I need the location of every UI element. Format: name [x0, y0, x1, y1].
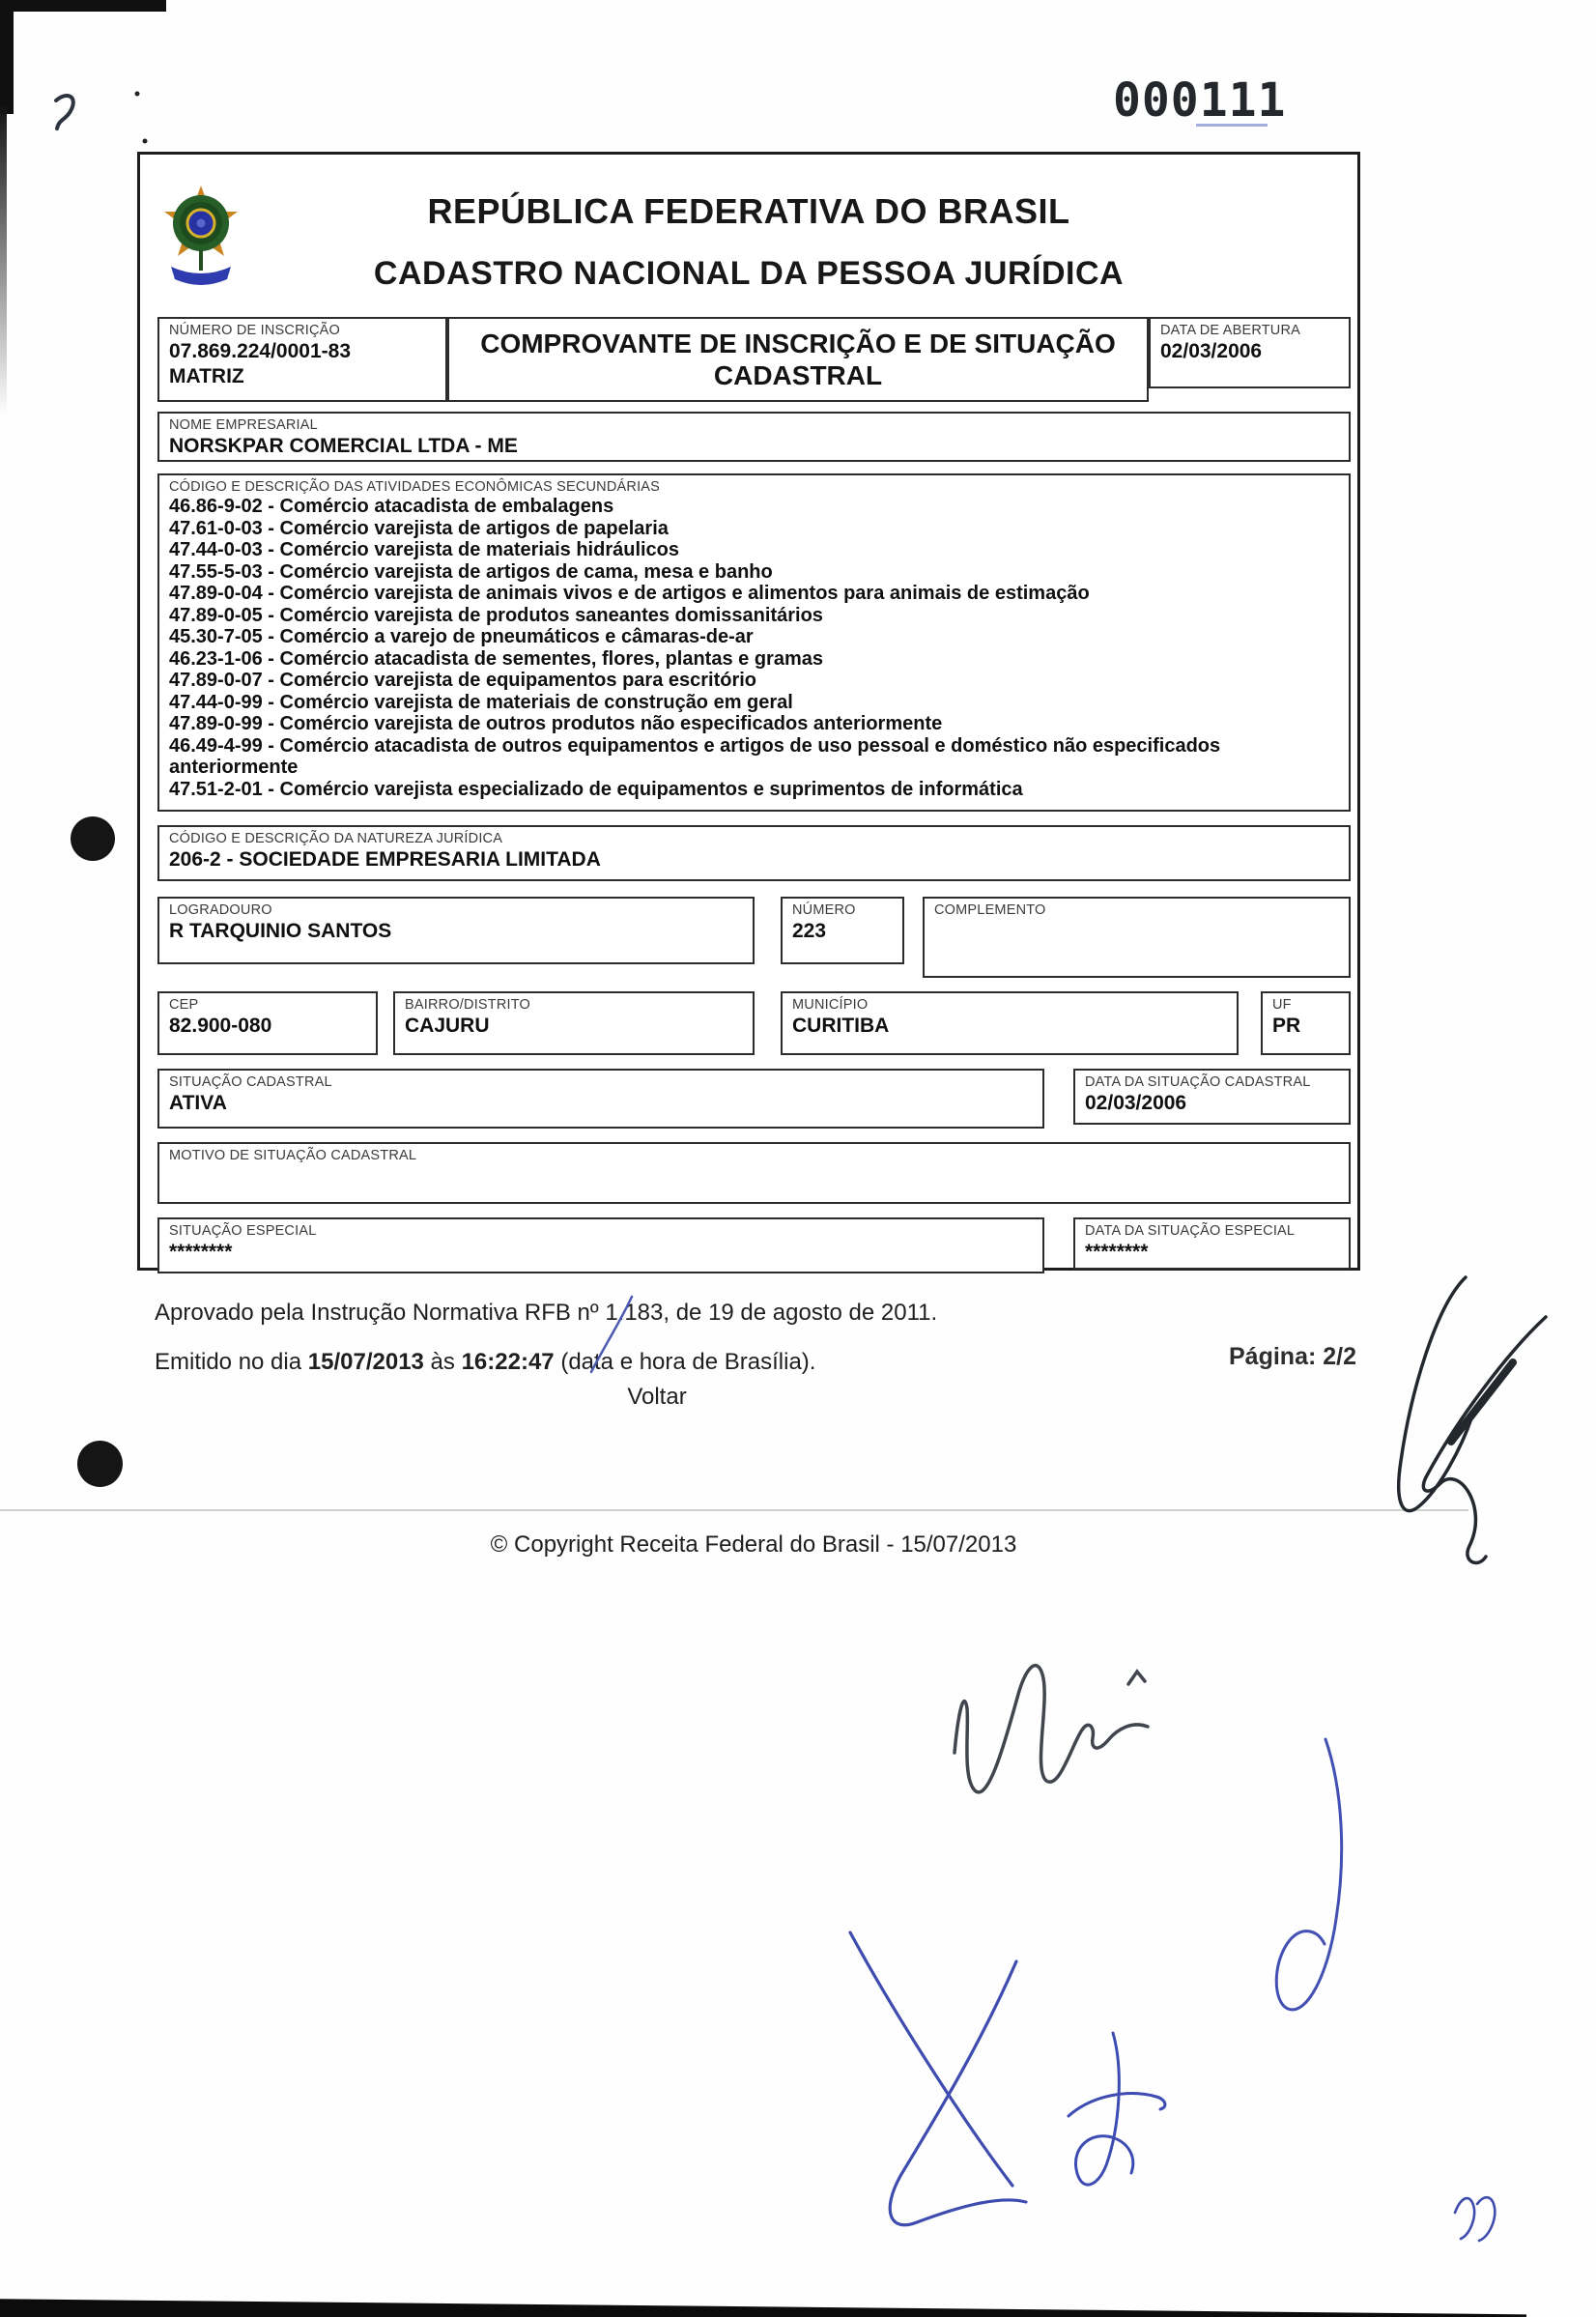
cep-value: 82.900-080	[169, 1014, 368, 1039]
document-title-box: COMPROVANTE DE INSCRIÇÃO E DE SITUAÇÃO C…	[447, 317, 1149, 402]
document-title: COMPROVANTE DE INSCRIÇÃO E DE SITUAÇÃO C…	[459, 328, 1137, 391]
approval-note: Aprovado pela Instrução Normativa RFB nº…	[155, 1300, 937, 1327]
issued-line: Emitido no dia 15/07/2013 às 16:22:47 (d…	[155, 1349, 815, 1376]
street-box: LOGRADOURO R TARQUINIO SANTOS	[157, 897, 755, 964]
activity-line: 47.89-0-04 - Comércio varejista de anima…	[169, 583, 1341, 605]
inscription-number-box: NÚMERO DE INSCRIÇÃO 07.869.224/0001-83 M…	[157, 317, 447, 402]
signature-blue-x	[850, 1932, 1026, 2225]
city-value: CURITIBA	[792, 1014, 1229, 1039]
document-frame: REPÚBLICA FEDERATIVA DO BRASIL CADASTRO …	[137, 152, 1360, 1271]
signature-blue-small	[1455, 2197, 1495, 2241]
hole-punch-dot	[77, 1441, 123, 1487]
opening-date-value: 02/03/2006	[1160, 339, 1341, 364]
street-number-label: NÚMERO	[792, 902, 895, 919]
special-status-label: SITUAÇÃO ESPECIAL	[169, 1223, 1035, 1240]
opening-date-box: DATA DE ABERTURA 02/03/2006	[1149, 317, 1351, 388]
secondary-activities-box: CÓDIGO E DESCRIÇÃO DAS ATIVIDADES ECONÔM…	[157, 473, 1351, 812]
city-box: MUNICÍPIO CURITIBA	[781, 991, 1239, 1055]
scanned-cnpj-document: 000111 REPÚBLICA FEDERATIVA DO BRASIL CA…	[0, 0, 1596, 2317]
company-name-value: NORSKPAR COMERCIAL LTDA - ME	[169, 434, 1341, 459]
registration-status-label: SITUAÇÃO CADASTRAL	[169, 1074, 1035, 1091]
street-value: R TARQUINIO SANTOS	[169, 919, 745, 944]
stray-pen-mark	[56, 96, 73, 129]
issued-prefix: Emitido no dia	[155, 1349, 308, 1375]
company-name-label: NOME EMPRESARIAL	[169, 417, 1341, 434]
inscription-unit-type: MATRIZ	[169, 364, 438, 389]
special-status-box: SITUAÇÃO ESPECIAL ********	[157, 1217, 1044, 1273]
copyright-note: © Copyright Receita Federal do Brasil - …	[0, 1531, 1507, 1559]
registration-status-box: SITUAÇÃO CADASTRAL ATIVA	[157, 1069, 1044, 1129]
page-indicator: Página: 2/2	[1229, 1343, 1356, 1371]
state-label: UF	[1272, 997, 1341, 1014]
activity-line: 46.49-4-99 - Comércio atacadista de outr…	[169, 735, 1341, 779]
district-box: BAIRRO/DISTRITO CAJURU	[393, 991, 755, 1055]
special-status-date-value: ********	[1085, 1240, 1341, 1265]
registry-title: CADASTRO NACIONAL DA PESSOA JURÍDICA	[140, 255, 1357, 293]
legal-nature-box: CÓDIGO E DESCRIÇÃO DA NATUREZA JURÍDICA …	[157, 825, 1351, 881]
district-label: BAIRRO/DISTRITO	[405, 997, 745, 1014]
republic-title: REPÚBLICA FEDERATIVA DO BRASIL	[140, 191, 1357, 232]
scan-edge-top	[0, 0, 166, 12]
special-status-date-label: DATA DA SITUAÇÃO ESPECIAL	[1085, 1223, 1341, 1240]
scan-edge-bottom	[0, 2296, 1526, 2317]
signature-black	[1399, 1277, 1546, 1562]
cep-box: CEP 82.900-080	[157, 991, 378, 1055]
district-value: CAJURU	[405, 1014, 745, 1039]
scan-fold-line	[0, 1509, 1468, 1511]
city-label: MUNICÍPIO	[792, 997, 1229, 1014]
status-reason-box: MOTIVO DE SITUAÇÃO CADASTRAL	[157, 1142, 1351, 1204]
signature-blue-loop	[1069, 2033, 1165, 2185]
company-name-box: NOME EMPRESARIAL NORSKPAR COMERCIAL LTDA…	[157, 412, 1351, 462]
activity-line: 47.61-0-03 - Comércio varejista de artig…	[169, 518, 1341, 540]
legal-nature-value: 206-2 - SOCIEDADE EMPRESARIA LIMITADA	[169, 847, 1341, 872]
secondary-activities-list: 46.86-9-02 - Comércio atacadista de emba…	[169, 496, 1341, 800]
special-status-date-box: DATA DA SITUAÇÃO ESPECIAL ********	[1073, 1217, 1351, 1270]
signature-blue-j	[1276, 1739, 1341, 2010]
street-number-value: 223	[792, 919, 895, 944]
registration-status-date-value: 02/03/2006	[1085, 1091, 1341, 1116]
inscription-number-value: 07.869.224/0001-83	[169, 339, 438, 364]
special-status-value: ********	[169, 1240, 1035, 1265]
status-reason-label: MOTIVO DE SITUAÇÃO CADASTRAL	[169, 1148, 1341, 1164]
activity-line: 45.30-7-05 - Comércio a varejo de pneumá…	[169, 626, 1341, 648]
street-label: LOGRADOURO	[169, 902, 745, 919]
activity-line: 46.86-9-02 - Comércio atacadista de emba…	[169, 496, 1341, 518]
stamp-underline-mark	[1196, 124, 1268, 127]
activity-line: 47.51-2-01 - Comércio varejista especial…	[169, 779, 1341, 801]
issued-time: 16:22:47	[462, 1349, 555, 1375]
activity-line: 47.44-0-03 - Comércio varejista de mater…	[169, 539, 1341, 561]
back-link[interactable]: Voltar	[155, 1384, 1159, 1411]
complement-label: COMPLEMENTO	[934, 902, 1341, 919]
registration-status-date-box: DATA DA SITUAÇÃO CADASTRAL 02/03/2006	[1073, 1069, 1351, 1125]
activity-line: 47.44-0-99 - Comércio varejista de mater…	[169, 692, 1341, 714]
state-box: UF PR	[1261, 991, 1351, 1055]
issued-middle: às	[424, 1349, 462, 1375]
signature-gray-scribble	[955, 1666, 1148, 1792]
activity-line: 47.89-0-07 - Comércio varejista de equip…	[169, 670, 1341, 692]
complement-box: COMPLEMENTO	[923, 897, 1351, 978]
issued-date: 15/07/2013	[308, 1349, 424, 1375]
scan-edge-left-fade	[0, 106, 7, 415]
hole-punch-dot	[71, 816, 115, 861]
cep-label: CEP	[169, 997, 368, 1014]
secondary-activities-label: CÓDIGO E DESCRIÇÃO DAS ATIVIDADES ECONÔM…	[169, 479, 1341, 496]
issued-suffix: (data e hora de Brasília).	[555, 1349, 816, 1375]
scan-edge-left	[0, 0, 14, 114]
opening-date-label: DATA DE ABERTURA	[1160, 323, 1341, 339]
page-number-stamp: 000111	[1113, 73, 1286, 128]
legal-nature-label: CÓDIGO E DESCRIÇÃO DA NATUREZA JURÍDICA	[169, 831, 1341, 847]
registration-status-value: ATIVA	[169, 1091, 1035, 1116]
activity-line: 47.89-0-99 - Comércio varejista de outro…	[169, 713, 1341, 735]
state-value: PR	[1272, 1014, 1341, 1039]
activity-line: 47.89-0-05 - Comércio varejista de produ…	[169, 605, 1341, 627]
inscription-number-label: NÚMERO DE INSCRIÇÃO	[169, 323, 438, 339]
activity-line: 46.23-1-06 - Comércio atacadista de seme…	[169, 648, 1341, 671]
street-number-box: NÚMERO 223	[781, 897, 904, 964]
activity-line: 47.55-5-03 - Comércio varejista de artig…	[169, 561, 1341, 584]
registration-status-date-label: DATA DA SITUAÇÃO CADASTRAL	[1085, 1074, 1341, 1091]
